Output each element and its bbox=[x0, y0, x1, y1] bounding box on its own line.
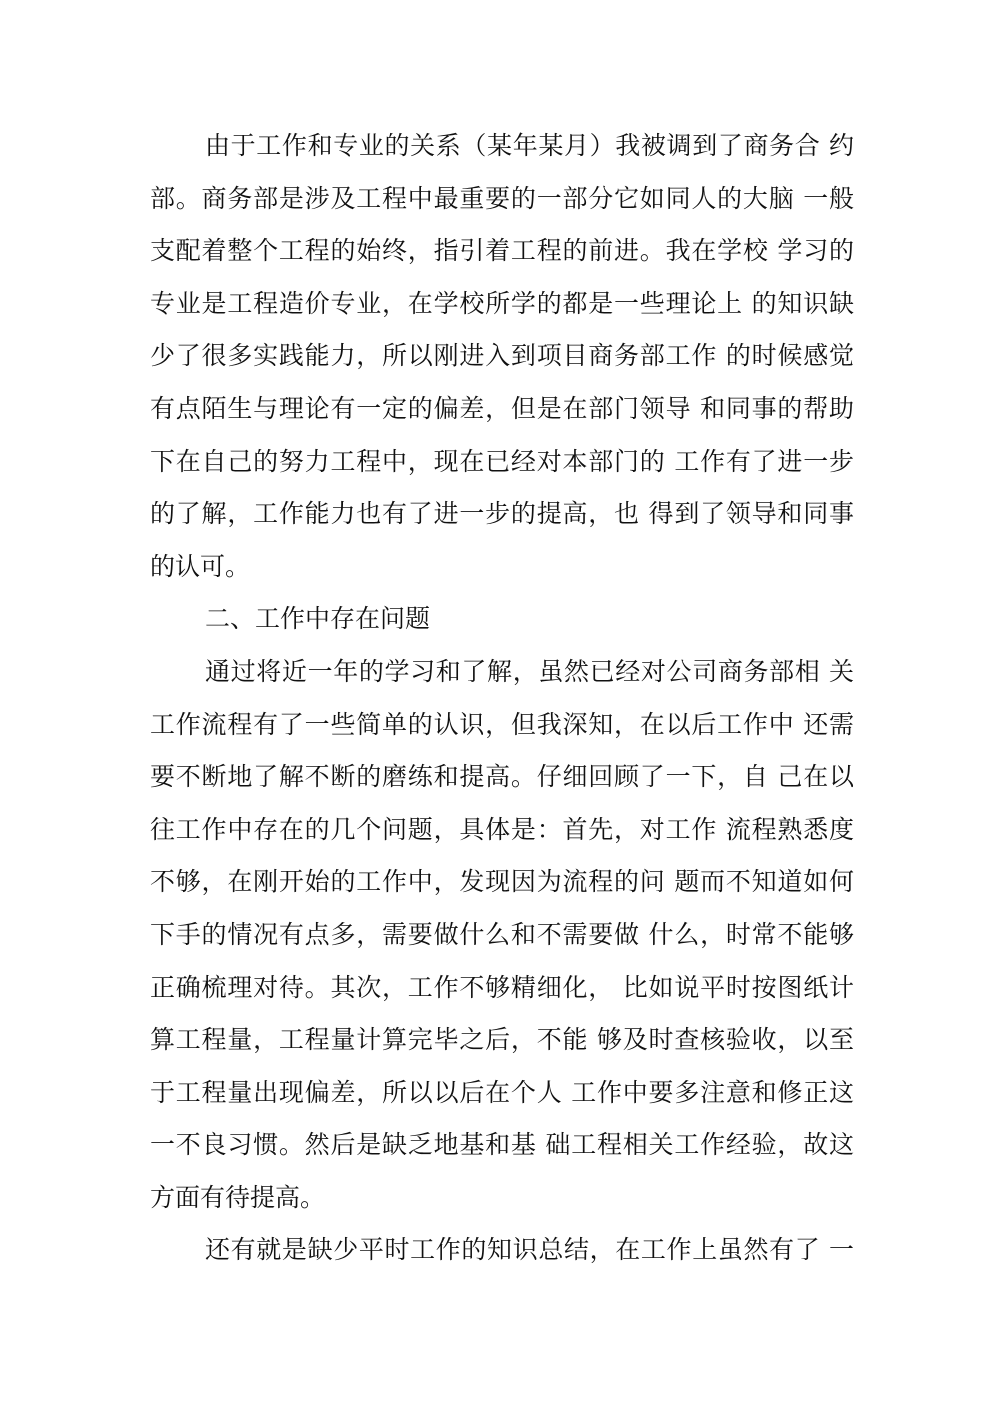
section-heading: 二、工作中存在问题 bbox=[150, 593, 854, 646]
paragraph-1-line-8: 的了解，工作能力也有了进一步的提高，也 得到了领导和同事 bbox=[150, 488, 854, 541]
paragraph-1-line-5: 少了很多实践能力，所以刚进入到项目商务部工作 的时候感觉 bbox=[150, 330, 854, 383]
paragraph-2-line-6: 下手的情况有点多，需要做什么和不需要做 什么，时常不能够 bbox=[150, 909, 854, 962]
paragraph-1-line-9: 的认可。 bbox=[150, 541, 854, 594]
paragraph-1-line-4: 专业是工程造价专业，在学校所学的都是一些理论上 的知识缺 bbox=[150, 278, 854, 331]
paragraph-2-line-9: 于工程量出现偏差，所以以后在个人 工作中要多注意和修正这 bbox=[150, 1067, 854, 1120]
paragraph-1-line-6: 有点陌生与理论有一定的偏差，但是在部门领导 和同事的帮助 bbox=[150, 383, 854, 436]
paragraph-2-line-8: 算工程量，工程量计算完毕之后，不能 够及时查核验收，以至 bbox=[150, 1014, 854, 1067]
document-page: 由于工作和专业的关系（某年某月）我被调到了商务合 约 部。商务部是涉及工程中最重… bbox=[150, 120, 854, 1277]
paragraph-1-line-1: 由于工作和专业的关系（某年某月）我被调到了商务合 约 bbox=[150, 120, 854, 173]
paragraph-2-line-1: 通过将近一年的学习和了解，虽然已经对公司商务部相 关 bbox=[150, 646, 854, 699]
paragraph-1-line-7: 下在自己的努力工程中，现在已经对本部门的 工作有了进一步 bbox=[150, 436, 854, 489]
paragraph-2-line-2: 工作流程有了一些简单的认识，但我深知，在以后工作中 还需 bbox=[150, 699, 854, 752]
paragraph-1-line-3: 支配着整个工程的始终，指引着工程的前进。我在学校 学习的 bbox=[150, 225, 854, 278]
paragraph-2-line-11: 方面有待提高。 bbox=[150, 1172, 854, 1225]
paragraph-3-line-1: 还有就是缺少平时工作的知识总结，在工作上虽然有了 一 bbox=[150, 1224, 854, 1277]
paragraph-2-line-10: 一不良习惯。然后是缺乏地基和基 础工程相关工作经验，故这 bbox=[150, 1119, 854, 1172]
paragraph-2-line-7: 正确梳理对待。其次，工作不够精细化， 比如说平时按图纸计 bbox=[150, 962, 854, 1015]
paragraph-2-line-4: 往工作中存在的几个问题，具体是：首先，对工作 流程熟悉度 bbox=[150, 804, 854, 857]
paragraph-2-line-3: 要不断地了解不断的磨练和提高。仔细回顾了一下，自 己在以 bbox=[150, 751, 854, 804]
paragraph-2-line-5: 不够，在刚开始的工作中，发现因为流程的问 题而不知道如何 bbox=[150, 856, 854, 909]
paragraph-1-line-2: 部。商务部是涉及工程中最重要的一部分它如同人的大脑 一般 bbox=[150, 173, 854, 226]
